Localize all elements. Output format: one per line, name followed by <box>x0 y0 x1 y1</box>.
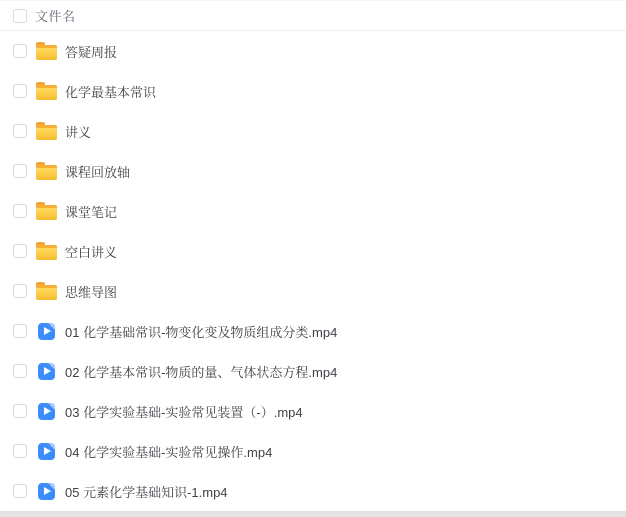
video-file-icon <box>38 323 55 340</box>
row-checkbox[interactable] <box>13 324 27 338</box>
folder-icon <box>36 245 57 260</box>
row-checkbox[interactable] <box>13 244 27 258</box>
row-checkbox[interactable] <box>13 124 27 138</box>
file-name[interactable]: 课堂笔记 <box>65 202 117 221</box>
row-checkbox[interactable] <box>13 164 27 178</box>
folder-icon <box>36 165 57 180</box>
row-checkbox[interactable] <box>13 484 27 498</box>
file-name[interactable]: 化学最基本常识 <box>65 82 156 101</box>
file-row[interactable]: 空白讲义 <box>0 231 626 271</box>
folder-icon <box>36 45 57 60</box>
row-checkbox[interactable] <box>13 364 27 378</box>
video-file-icon <box>38 483 55 500</box>
file-manager-window: 文件名 答疑周报 化学最基本常识 讲义 课程回放轴 课堂笔记 <box>0 0 626 517</box>
file-row[interactable]: 课程回放轴 <box>0 151 626 191</box>
row-checkbox[interactable] <box>13 204 27 218</box>
video-file-icon <box>38 443 55 460</box>
folder-icon <box>36 285 57 300</box>
filename-column-header: 文件名 <box>35 6 76 25</box>
file-name[interactable]: 02 化学基本常识-物质的量、气体状态方程.mp4 <box>65 362 337 381</box>
play-icon <box>44 447 51 455</box>
folder-icon <box>36 205 57 220</box>
file-name[interactable]: 空白讲义 <box>65 242 117 261</box>
file-name[interactable]: 03 化学实验基础-实验常见装置（-）.mp4 <box>65 402 303 421</box>
select-all-checkbox[interactable] <box>13 9 27 23</box>
file-row[interactable]: 化学最基本常识 <box>0 71 626 111</box>
file-row[interactable]: 思维导图 <box>0 271 626 311</box>
video-file-icon <box>38 403 55 420</box>
file-row[interactable]: 答疑周报 <box>0 31 626 71</box>
play-icon <box>44 407 51 415</box>
file-list: 答疑周报 化学最基本常识 讲义 课程回放轴 课堂笔记 空白讲义 <box>0 31 626 511</box>
file-row[interactable]: 04 化学实验基础-实验常见操作.mp4 <box>0 431 626 471</box>
window-bottom-edge <box>0 511 626 517</box>
file-name[interactable]: 课程回放轴 <box>65 162 130 181</box>
play-icon <box>44 487 51 495</box>
row-checkbox[interactable] <box>13 44 27 58</box>
file-name[interactable]: 思维导图 <box>65 282 117 301</box>
file-name[interactable]: 讲义 <box>65 122 91 141</box>
play-icon <box>44 327 51 335</box>
file-name[interactable]: 答疑周报 <box>65 42 117 61</box>
file-name[interactable]: 01 化学基础常识-物变化变及物质组成分类.mp4 <box>65 322 337 341</box>
row-checkbox[interactable] <box>13 444 27 458</box>
file-name[interactable]: 04 化学实验基础-实验常见操作.mp4 <box>65 442 272 461</box>
file-row[interactable]: 讲义 <box>0 111 626 151</box>
row-checkbox[interactable] <box>13 404 27 418</box>
file-list-header: 文件名 <box>0 0 626 31</box>
file-row[interactable]: 课堂笔记 <box>0 191 626 231</box>
file-row[interactable]: 02 化学基本常识-物质的量、气体状态方程.mp4 <box>0 351 626 391</box>
row-checkbox[interactable] <box>13 284 27 298</box>
folder-icon <box>36 125 57 140</box>
file-name[interactable]: 05 元素化学基础知识-1.mp4 <box>65 482 228 501</box>
file-row[interactable]: 01 化学基础常识-物变化变及物质组成分类.mp4 <box>0 311 626 351</box>
file-row[interactable]: 05 元素化学基础知识-1.mp4 <box>0 471 626 511</box>
play-icon <box>44 367 51 375</box>
file-row[interactable]: 03 化学实验基础-实验常见装置（-）.mp4 <box>0 391 626 431</box>
row-checkbox[interactable] <box>13 84 27 98</box>
video-file-icon <box>38 363 55 380</box>
folder-icon <box>36 85 57 100</box>
